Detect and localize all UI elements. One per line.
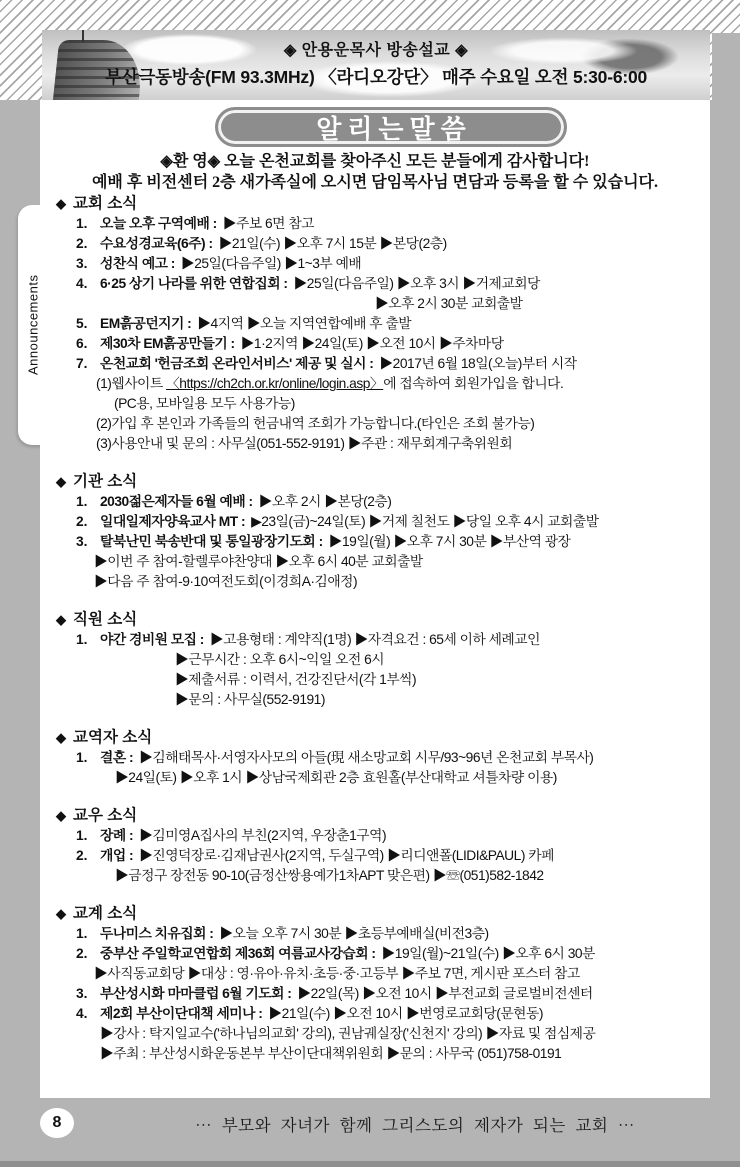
section-title: 교우 소식 xyxy=(73,807,137,824)
item-text: ▶25일(다음주일) ▶오후 3시 ▶거제교회당 xyxy=(293,276,539,291)
url-prefix: (1)웹사이트 xyxy=(96,376,166,391)
item-number: 1. xyxy=(76,924,100,944)
item-number: 3. xyxy=(76,254,100,274)
item-text: ▶19일(월)~21일(수) ▶오후 6시 30분 xyxy=(382,946,595,961)
item-title: 장례 : xyxy=(100,828,133,843)
section-title: 교역자 소식 xyxy=(73,729,152,746)
diamond-bullet-icon: ◆ xyxy=(56,612,66,627)
page-title: 알리는말씀 xyxy=(310,109,472,146)
broadcast-title: ◈ 안용운목사 방송설교 ◈ xyxy=(42,37,710,60)
item-continuation: ▶제출서류 : 이력서, 건강진단서(각 1부씩) xyxy=(175,670,706,690)
news-item: 6. 제30차 EM흙공만들기 :▶1·2지역 ▶24일(토) ▶오전 10시 … xyxy=(76,334,706,354)
item-title: 야간 경비원 모집 : xyxy=(100,632,204,647)
item-continuation: (2)가입 후 본인과 가족들의 헌금내역 조회가 가능합니다.(타인은 조회 … xyxy=(96,414,706,434)
page-number-badge: 8 xyxy=(40,1108,74,1138)
item-title: 제30차 EM흙공만들기 : xyxy=(100,336,235,351)
news-item: 2. 일대일제자양육교사 MT :▶23일(금)~24일(토) ▶거제 칠천도 … xyxy=(76,512,706,532)
item-title: 수요성경교육(6주) : xyxy=(100,236,213,251)
item-title: 두나미스 치유집회 : xyxy=(100,926,213,941)
item-number: 4. xyxy=(76,274,100,314)
item-text: ▶21일(수) ▶오전 10시 ▶번영로교회당(문현동) xyxy=(268,1006,543,1021)
news-item: 3. 탈북난민 북송반대 및 통일광장기도회 :▶19일(월) ▶오후 7시 3… xyxy=(76,532,706,592)
item-text: ▶19일(월) ▶오후 7시 30분 ▶부산역 광장 xyxy=(329,534,571,549)
news-item: 4. 6·25 상기 나라를 위한 연합집회 :▶25일(다음주일) ▶오후 3… xyxy=(76,274,706,314)
bulletin-page: { "icons": { "diamond": "◆" }, "header":… xyxy=(0,0,740,1167)
item-number: 1. xyxy=(76,630,100,710)
diamond-bullet-icon: ◆ xyxy=(56,730,66,745)
item-title: 2030젊은제자들 6월 예배 : xyxy=(100,494,253,509)
news-item: 3. 성찬식 예고 :▶25일(다음주일) ▶1~3부 예배 xyxy=(76,254,706,274)
section-title: 교회 소식 xyxy=(73,195,137,212)
diamond-bullet-icon: ◆ xyxy=(56,808,66,823)
item-number: 1. xyxy=(76,748,100,788)
item-title: 결혼 : xyxy=(100,750,133,765)
item-title: 일대일제자양육교사 MT : xyxy=(100,514,245,529)
item-text: ▶1·2지역 ▶24일(토) ▶오전 10시 ▶주차마당 xyxy=(241,336,504,351)
news-item: 2. 중부산 주일학교연합회 제36회 여름교사강습회 :▶19일(월)~21일… xyxy=(76,944,706,984)
item-continuation: ▶주최 : 부산성시화운동본부 부산이단대책위원회 ▶문의 : 사무국 (051… xyxy=(100,1044,706,1064)
news-item: 4. 제2회 부산이단대책 세미나 :▶21일(수) ▶오전 10시 ▶번영로교… xyxy=(76,1004,706,1064)
item-title: 제2회 부산이단대책 세미나 : xyxy=(100,1006,262,1021)
item-text: ▶오늘 오후 7시 30분 ▶초등부예배실(비전3층) xyxy=(219,926,488,941)
item-number: 1. xyxy=(76,826,100,846)
item-title: 성찬식 예고 : xyxy=(100,256,175,271)
welcome-line-2: 예배 후 비전센터 2층 새가족실에 오시면 담임목사님 면담과 등록을 할 수… xyxy=(40,172,710,193)
news-item: 1. 결혼 :▶김해태목사·서영자사모의 아들(現 새소망교회 시무/93~96… xyxy=(76,748,706,788)
item-number: 2. xyxy=(76,846,100,886)
section-title: 직원 소식 xyxy=(73,611,137,628)
item-text: ▶주보 6면 참고 xyxy=(223,216,314,231)
item-continuation: (3)사용안내 및 문의 : 사무실(051-552-9191) ▶주관 : 재… xyxy=(96,434,706,454)
item-title: 개업 : xyxy=(100,848,133,863)
bottom-edge-strip xyxy=(0,1161,740,1167)
news-item: 1. 야간 경비원 모집 :▶고용형태 : 계약직(1명) ▶자격요건 : 65… xyxy=(76,630,706,710)
item-text: ▶23일(금)~24일(토) ▶거제 칠천도 ▶당일 오후 4시 교회출발 xyxy=(251,514,598,529)
item-continuation: ▶금정구 장전동 90-10(금정산쌍용예가1차APT 맞은편) ▶☏(051)… xyxy=(115,866,706,886)
item-number: 4. xyxy=(76,1004,100,1064)
welcome-line-1: ◈환 영◈ 오늘 온천교회를 찾아주신 모든 분들에게 감사합니다! xyxy=(40,151,710,172)
item-number: 5. xyxy=(76,314,100,334)
item-continuation: (1)웹사이트 〈https://ch2ch.or.kr/online/logi… xyxy=(96,374,706,394)
news-item: 1. 장례 :▶김미영A집사의 부친(2지역, 우장춘1구역) xyxy=(76,826,706,846)
section-staff-news: ◆직원 소식 1. 야간 경비원 모집 :▶고용형태 : 계약직(1명) ▶자격… xyxy=(56,610,706,710)
item-continuation: ▶강사 : 탁지일교수('하나님의교회' 강의), 권남궤실장('신천지' 강의… xyxy=(100,1024,706,1044)
item-text: ▶25일(다음주일) ▶1~3부 예배 xyxy=(181,256,361,271)
news-item: 2. 수요성경교육(6주) :▶21일(수) ▶오후 7시 15분 ▶본당(2층… xyxy=(76,234,706,254)
item-title: 부산성시화 마마클럽 6월 기도회 : xyxy=(100,986,291,1001)
diamond-bullet-icon: ◆ xyxy=(56,196,66,211)
item-number: 2. xyxy=(76,512,100,532)
item-text: ▶2017년 6월 18일(오늘)부터 시작 xyxy=(379,356,576,371)
item-title: 탈북난민 북송반대 및 통일광장기도회 : xyxy=(100,534,323,549)
main-panel: 알리는말씀 ◈환 영◈ 오늘 온천교회를 찾아주신 모든 분들에게 감사합니다!… xyxy=(40,100,710,1098)
broadcast-info: ◈ 안용운목사 방송설교 ◈ 부산극동방송(FM 93.3MHz) 〈라디오강단… xyxy=(42,30,710,89)
item-text: ▶김미영A집사의 부친(2지역, 우장춘1구역) xyxy=(139,828,386,843)
section-organization-news: ◆기관 소식 1. 2030젊은제자들 6월 예배 :▶오후 2시 ▶본당(2층… xyxy=(56,472,706,592)
section-title: 기관 소식 xyxy=(73,473,137,490)
item-number: 6. xyxy=(76,334,100,354)
footer-slogan: ⋯ 부모와 자녀가 함께 그리스도의 제자가 되는 교회 ⋯ xyxy=(120,1112,710,1136)
section-church-news: ◆교회 소식 1. 오늘 오후 구역예배 :▶주보 6면 참고 2. 수요성경교… xyxy=(56,194,706,454)
item-text: ▶고용형태 : 계약직(1명) ▶자격요건 : 65세 이하 세례교인 xyxy=(210,632,540,647)
right-margin-notch xyxy=(712,33,740,100)
item-text: ▶21일(수) ▶오후 7시 15분 ▶본당(2층) xyxy=(219,236,447,251)
item-title: 오늘 오후 구역예배 : xyxy=(100,216,217,231)
item-text: ▶진영덕장로·김재남권사(2지역, 두실구역) ▶리디앤폴(LIDI&PAUL)… xyxy=(139,848,554,863)
announcement-content: ◆교회 소식 1. 오늘 오후 구역예배 :▶주보 6면 참고 2. 수요성경교… xyxy=(56,194,706,1064)
section-pastoral-news: ◆교역자 소식 1. 결혼 :▶김해태목사·서영자사모의 아들(現 새소망교회 … xyxy=(56,728,706,788)
item-continuation: ▶다음 주 참여-9·10여전도회(이경희A·김애정) xyxy=(94,572,706,592)
news-item: 1. 2030젊은제자들 6월 예배 :▶오후 2시 ▶본당(2층) xyxy=(76,492,706,512)
item-continuation: ▶오후 2시 30분 교회출발 xyxy=(375,294,706,314)
item-text: ▶김해태목사·서영자사모의 아들(現 새소망교회 시무/93~96년 온천교회 … xyxy=(139,750,593,765)
item-title: 6·25 상기 나라를 위한 연합집회 : xyxy=(100,276,287,291)
broadcast-schedule: 부산극동방송(FM 93.3MHz) 〈라디오강단〉 매주 수요일 오전 5:3… xyxy=(42,64,710,89)
news-item: 1. 두나미스 치유집회 :▶오늘 오후 7시 30분 ▶초등부예배실(비전3층… xyxy=(76,924,706,944)
item-text: ▶22일(목) ▶오전 10시 ▶부전교회 글로벌비전센터 xyxy=(297,986,592,1001)
news-item: 5. EM흙공던지기 :▶4지역 ▶오늘 지역연합예배 후 출발 xyxy=(76,314,706,334)
item-continuation: ▶근무시간 : 오후 6시~익일 오전 6시 xyxy=(175,650,706,670)
diamond-bullet-icon: ◆ xyxy=(56,906,66,921)
item-text: ▶4지역 ▶오늘 지역연합예배 후 출발 xyxy=(197,316,411,331)
giving-service-url: 〈https://ch2ch.or.kr/online/login.asp〉 xyxy=(166,376,383,391)
item-title: 중부산 주일학교연합회 제36회 여름교사강습회 : xyxy=(100,946,376,961)
item-continuation: ▶문의 : 사무실(552-9191) xyxy=(175,690,706,710)
item-number: 1. xyxy=(76,214,100,234)
sky-photo-strip: ◈ 안용운목사 방송설교 ◈ 부산극동방송(FM 93.3MHz) 〈라디오강단… xyxy=(42,30,710,100)
news-item: 7. 온천교회 '헌금조회 온라인서비스' 제공 및 실시 :▶2017년 6월… xyxy=(76,354,706,454)
title-banner: 알리는말씀 xyxy=(215,107,567,147)
news-item: 3. 부산성시화 마마클럽 6월 기도회 :▶22일(목) ▶오전 10시 ▶부… xyxy=(76,984,706,1004)
item-number: 3. xyxy=(76,984,100,1004)
item-number: 1. xyxy=(76,492,100,512)
item-continuation: ▶이번 주 참여-할렐루야찬양대 ▶오후 6시 40분 교회출발 xyxy=(94,552,706,572)
item-continuation: ▶24일(토) ▶오후 1시 ▶상남국제회관 2층 효원홀(부산대학교 셔틀차량… xyxy=(115,768,706,788)
news-item: 1. 오늘 오후 구역예배 :▶주보 6면 참고 xyxy=(76,214,706,234)
url-suffix: 에 접속하여 회원가입을 합니다. xyxy=(383,376,563,391)
section-member-news: ◆교우 소식 1. 장례 :▶김미영A집사의 부친(2지역, 우장춘1구역) 2… xyxy=(56,806,706,886)
item-title: EM흙공던지기 : xyxy=(100,316,191,331)
diamond-bullet-icon: ◆ xyxy=(56,474,66,489)
welcome-block: ◈환 영◈ 오늘 온천교회를 찾아주신 모든 분들에게 감사합니다! 예배 후 … xyxy=(40,151,710,193)
section-title: 교계 소식 xyxy=(73,905,137,922)
section-church-community-news: ◆교계 소식 1. 두나미스 치유집회 :▶오늘 오후 7시 30분 ▶초등부예… xyxy=(56,904,706,1064)
news-item: 2. 개업 :▶진영덕장로·김재남권사(2지역, 두실구역) ▶리디앤폴(LID… xyxy=(76,846,706,886)
item-text: ▶오후 2시 ▶본당(2층) xyxy=(259,494,392,509)
item-continuation: ▶사직동교회당 ▶대상 : 영·유아·유치·초등·중·고등부 ▶주보 7면, 게… xyxy=(94,964,706,984)
page-number: 8 xyxy=(53,1114,62,1132)
item-title: 온천교회 '헌금조회 온라인서비스' 제공 및 실시 : xyxy=(100,356,373,371)
item-number: 2. xyxy=(76,234,100,254)
item-continuation: (PC용, 모바일용 모두 사용가능) xyxy=(114,394,706,414)
